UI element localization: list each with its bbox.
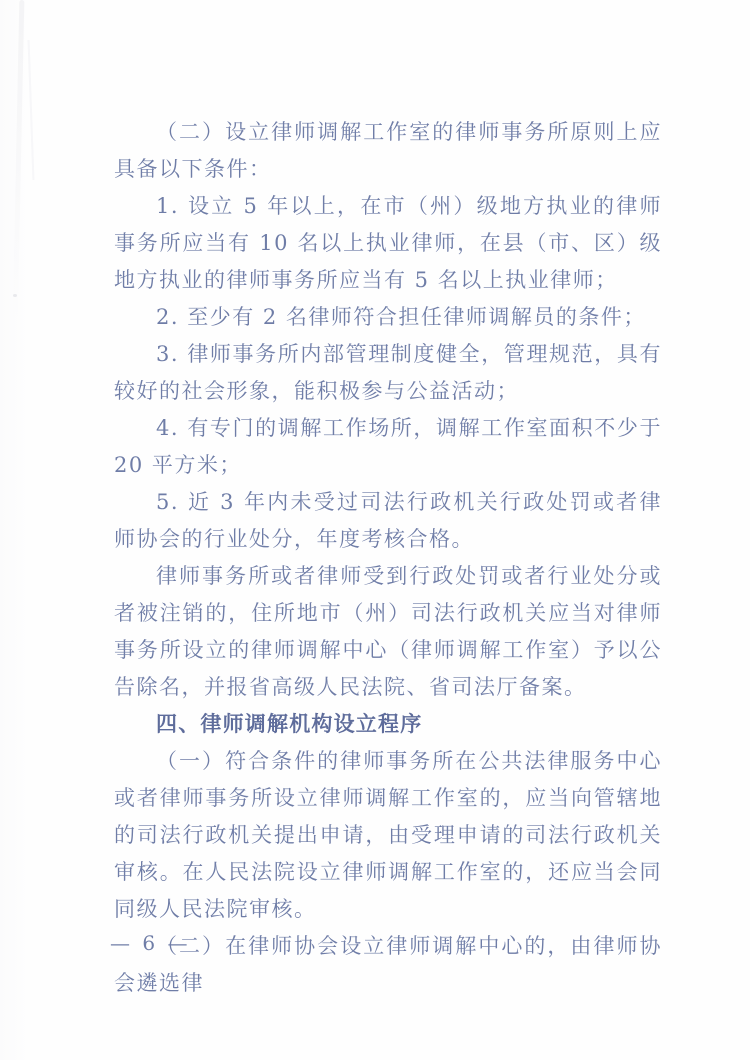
page-number: — 6 — (110, 925, 190, 962)
scanned-page: （二）设立律师调解工作室的律师事务所原则上应具备以下条件：1. 设立 5 年以上… (0, 0, 750, 1060)
document-body: （二）设立律师调解工作室的律师事务所原则上应具备以下条件：1. 设立 5 年以上… (114, 114, 662, 1002)
scan-artifact-speck (13, 294, 17, 297)
scan-artifact-streak (13, 0, 25, 320)
body-paragraph: （二）在律师协会设立律师调解中心的，由律师协会遴选律 (114, 928, 662, 1002)
body-paragraph: （一）符合条件的律师事务所在公共法律服务中心或者律师事务所设立律师调解工作室的，… (114, 743, 662, 928)
body-paragraph: 律师事务所或者律师受到行政处罚或者行业处分或者被注销的，住所地市（州）司法行政机… (114, 558, 662, 706)
body-paragraph: 5. 近 3 年内未受过司法行政机关行政处罚或者律师协会的行业处分，年度考核合格… (114, 484, 662, 558)
body-paragraph: 3. 律师事务所内部管理制度健全，管理规范，具有较好的社会形象，能积极参与公益活… (114, 336, 662, 410)
scan-artifact-streak (28, 40, 35, 180)
body-paragraph: （二）设立律师调解工作室的律师事务所原则上应具备以下条件： (114, 114, 662, 188)
body-paragraph: 4. 有专门的调解工作场所，调解工作室面积不少于 20 平方米； (114, 410, 662, 484)
body-paragraph: 2. 至少有 2 名律师符合担任律师调解员的条件； (114, 299, 662, 336)
body-paragraph: 1. 设立 5 年以上，在市（州）级地方执业的律师事务所应当有 10 名以上执业… (114, 188, 662, 299)
section-heading: 四、律师调解机构设立程序 (114, 706, 662, 743)
